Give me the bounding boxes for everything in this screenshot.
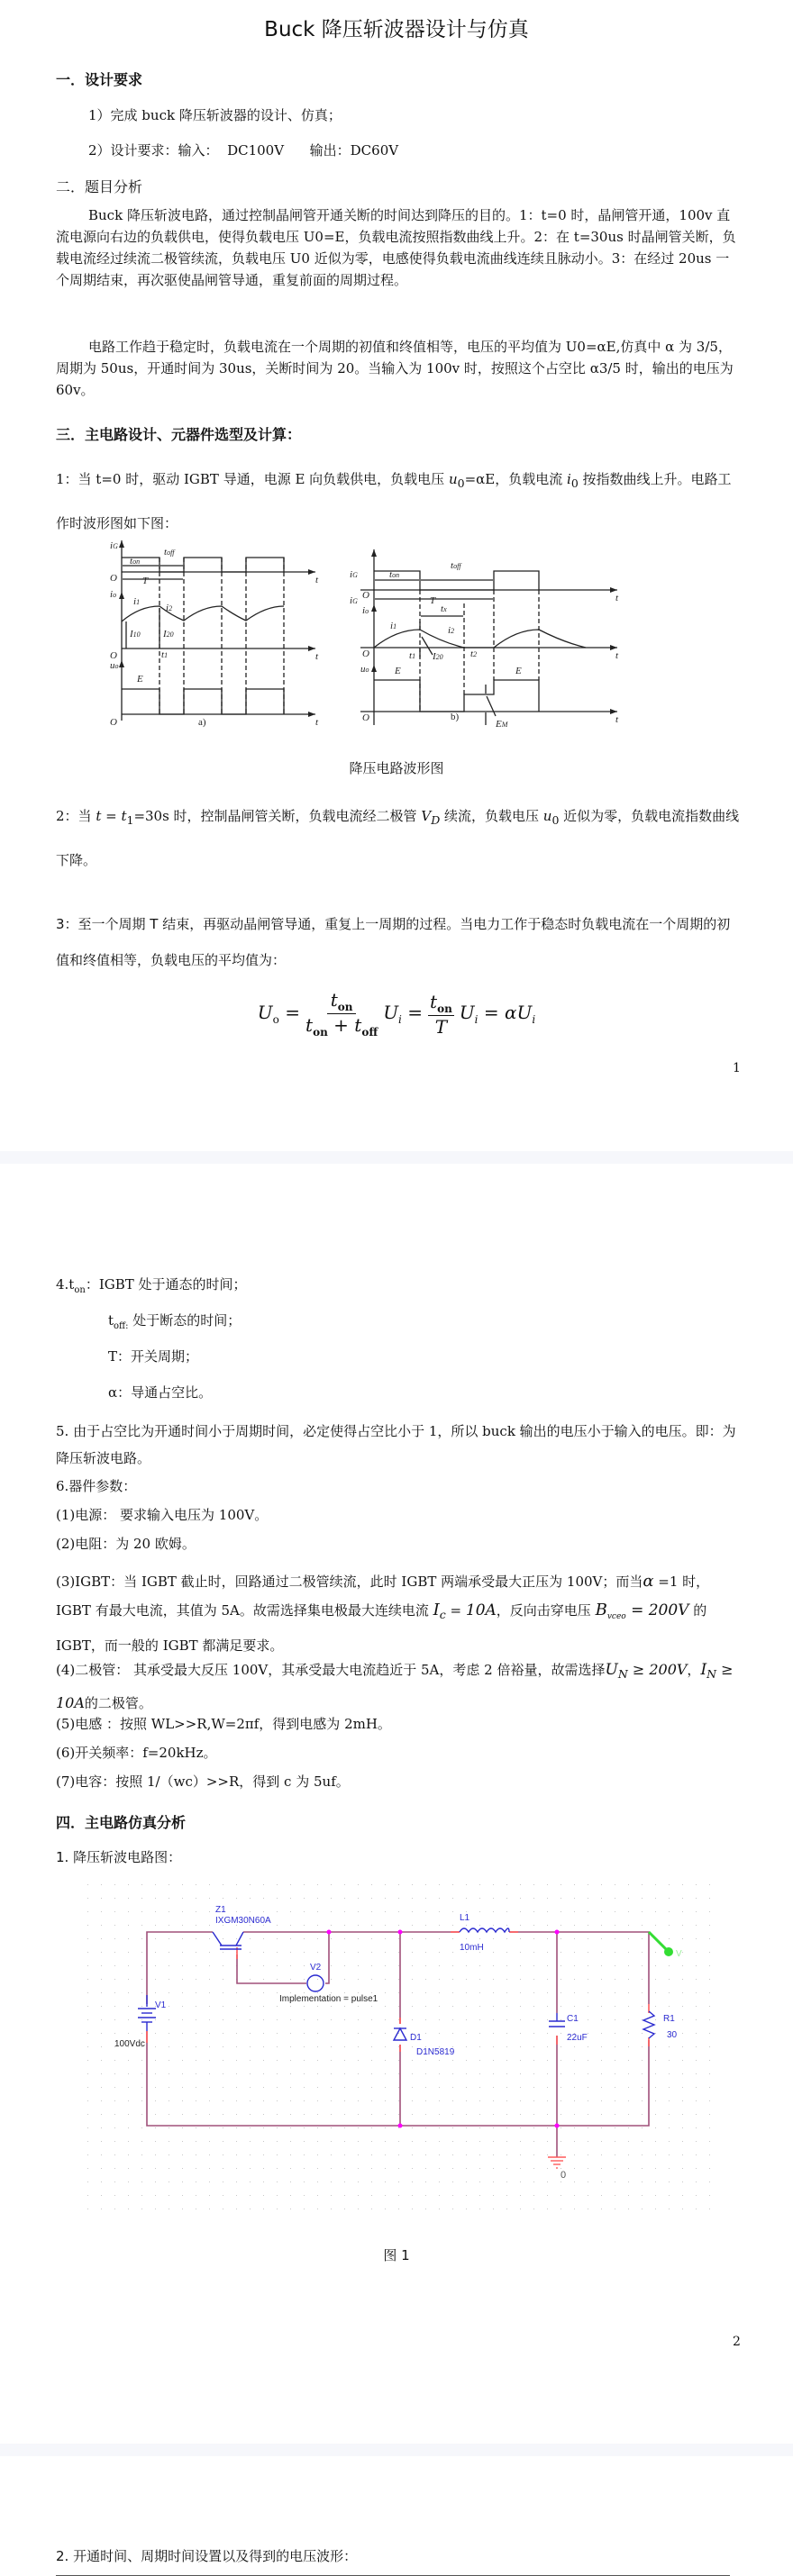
section-heading-requirements: 一．设计要求 (56, 68, 142, 89)
svg-text:Implementation = pulse1: Implementation = pulse1 (279, 1994, 378, 2004)
svg-text:t2: t2 (470, 649, 477, 659)
svg-text:i1: i1 (390, 621, 396, 631)
waveform-figure-caption: 降压电路波形图 (0, 758, 793, 777)
svg-text:I10: I10 (129, 629, 141, 639)
svg-text:30: 30 (667, 2030, 678, 2040)
svg-text:V2: V2 (310, 1963, 322, 1973)
document-title: Buck 降压斩波器设计与仿真 (0, 13, 793, 42)
svg-text:22uF: 22uF (567, 2033, 588, 2043)
svg-text:O: O (362, 649, 369, 659)
step-1-text: 1：当 t=0 时，驱动 IGBT 导通，电源 E 向负载供电，负载电压 u0=… (56, 459, 741, 543)
svg-text:T: T (142, 576, 149, 586)
svg-text:i2: i2 (448, 625, 454, 636)
param-resistor: (2)电阻：为 20 欧姆。 (56, 1533, 741, 1555)
param-capacitor: (7)电容：按照 1/（wc）>>R，得到 c 为 5uf。 (56, 1771, 741, 1792)
svg-text:T: T (430, 595, 436, 606)
svg-text:10mH: 10mH (460, 1943, 484, 1953)
average-voltage-formula: Uo = ton ton + toff Ui = ton T Ui = αUi (0, 989, 793, 1039)
svg-text:b): b) (451, 712, 460, 722)
svg-text:E: E (515, 666, 522, 676)
svg-text:O: O (362, 712, 369, 723)
svg-text:io: io (110, 589, 116, 600)
page-gap (0, 2444, 793, 2456)
svg-text:EM: EM (495, 719, 509, 730)
param-inductor: (5)电感 ：按照 WL>>R,W=2πf，得到电感为 2mH。 (56, 1713, 741, 1735)
section-heading-simulation: 四．主电路仿真分析 (56, 1811, 186, 1832)
svg-text:R1: R1 (663, 2014, 675, 2024)
svg-text:t: t (615, 714, 619, 725)
svg-text:toff: toff (451, 560, 462, 571)
svg-text:t: t (315, 717, 319, 728)
circuit-figure-caption: 图 1 (0, 2245, 793, 2264)
svg-text:Z1: Z1 (215, 1905, 226, 1915)
requirement-item-2: 2）设计要求：输入： DC100V 输出：DC60V (88, 140, 773, 161)
section-heading-design: 三．主电路设计、元器件选型及计算： (56, 423, 301, 444)
svg-text:tx: tx (441, 603, 447, 614)
definition-toff: toff: 处于断态的时间； (108, 1310, 793, 1338)
svg-text:uo: uo (360, 664, 369, 675)
svg-text:ton: ton (389, 569, 399, 580)
svg-text:I20: I20 (162, 629, 174, 639)
param-switch-frequency: (6)开关频率：f=20kHz。 (56, 1742, 741, 1764)
svg-text:L1: L1 (460, 1913, 470, 1923)
svg-text:io: io (362, 605, 369, 616)
page-number-1: 1 (733, 1061, 741, 1075)
svg-text:a): a) (198, 717, 206, 728)
svg-text:I20: I20 (432, 651, 443, 662)
analysis-paragraph-1: Buck 降压斩波电路，通过控制晶闸管开通关断的时间达到降压的目的。1：t=0 … (56, 204, 741, 291)
step-3-text: 3：至一个周期 T 结束，再驱动晶闸管导通，重复上一周期的过程。当电力工作于稳态… (56, 906, 741, 978)
section-heading-analysis: 二．题目分析 (56, 176, 142, 196)
definition-alpha: α：导通占空比。 (108, 1382, 793, 1403)
analysis-paragraph-2: 电路工作趋于稳定时，负载电流在一个周期的初值和终值相等，电压的平均值为 U0=α… (56, 336, 741, 401)
waveform-diagram-b: iGiG OOO tontoff Ttx io i1i2 t1I20t2 uo … (342, 536, 631, 743)
step-2-text: 2：当 t = t1=30s 时，控制晶闸管关断，负载电流经二极管 VD 续流，… (56, 796, 741, 880)
svg-text:O: O (110, 573, 117, 584)
svg-text:D1: D1 (410, 2033, 422, 2043)
svg-text:D1N5819: D1N5819 (416, 2047, 455, 2057)
definition-ton: 4.ton：IGBT 处于通态的时间； (56, 1274, 741, 1302)
svg-text:100Vdc: 100Vdc (114, 2039, 145, 2049)
svg-text:iG: iG (350, 569, 358, 580)
subsection-circuit-diagram: 1. 降压斩波电路图： (56, 1846, 741, 1868)
definition-period: T：开关周期； (108, 1346, 793, 1367)
requirement-item-1: 1）完成 buck 降压斩波器的设计、仿真； (88, 104, 773, 126)
svg-text:E: E (394, 666, 401, 676)
page-number-2: 2 (733, 2335, 741, 2349)
svg-text:V1: V1 (155, 2000, 167, 2010)
svg-text:C1: C1 (567, 2014, 579, 2024)
svg-text:O: O (362, 590, 369, 601)
svg-text:E: E (136, 674, 143, 685)
svg-text:ton: ton (130, 556, 140, 567)
svg-text:V: V (676, 1949, 682, 1959)
svg-text:iG: iG (110, 540, 118, 551)
svg-text:t1: t1 (409, 650, 415, 661)
svg-text:i2: i2 (166, 603, 172, 613)
page-gap (0, 1151, 793, 1164)
svg-text:i1: i1 (133, 596, 140, 607)
waveform-diagram-a: iG Ot tontoff T io i1i2 I10I20 Ot1t uo E… (54, 536, 324, 743)
subsection-voltage-waveform: 2. 开通时间、周期时间设置以及得到的电压波形： (56, 2545, 741, 2567)
param-power-supply: (1)电源： 要求输入电压为 100V。 (56, 1504, 741, 1526)
item-5-text: 5. 由于占空比为开通时间小于周期时间，必定使得占空比小于 1，所以 buck … (56, 1418, 741, 1472)
svg-text:t1: t1 (161, 649, 168, 660)
svg-text:t: t (315, 651, 319, 662)
svg-text:iG: iG (350, 595, 358, 606)
svg-text:0: 0 (561, 2170, 566, 2181)
svg-text:uo: uo (110, 660, 119, 671)
item-6-heading: 6.器件参数： (56, 1475, 741, 1497)
svg-text:IXGM30N60A: IXGM30N60A (215, 1916, 271, 1926)
svg-text:toff: toff (164, 547, 176, 558)
buck-circuit-schematic: V Z1 IXGM30N60A V1 100Vdc V2 Implementat… (81, 1878, 721, 2211)
svg-text:O: O (110, 717, 117, 728)
svg-text:t: t (615, 650, 619, 661)
param-diode: (4)二极管： 其承受最大反压 100V，其承受最大电流趋近于 5A，考虑 2 … (56, 1655, 741, 1718)
svg-text:t: t (615, 593, 619, 603)
svg-text:t: t (315, 575, 319, 585)
param-igbt: (3)IGBT：当 IGBT 截止时，回路通过二极管续流，此时 IGBT 两端承… (56, 1567, 741, 1660)
